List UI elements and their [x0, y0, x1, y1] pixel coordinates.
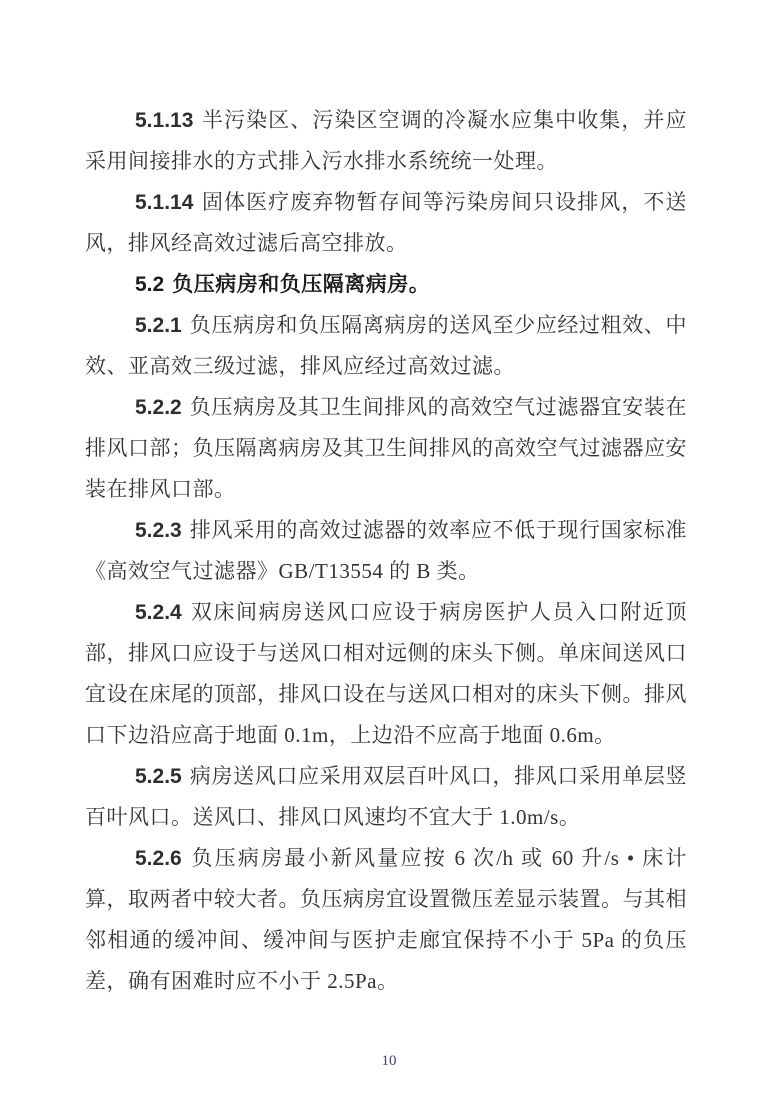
paragraph-5-2-6: 5.2.6负压病房最小新风量应按 6 次/h 或 60 升/s • 床计算，取两… [85, 838, 687, 1002]
paragraph-5-2-2: 5.2.2负压病房及其卫生间排风的高效空气过滤器宜安装在排风口部；负压隔离病房及… [85, 387, 687, 510]
section-number: 5.2.6 [135, 847, 182, 870]
section-number: 5.1.13 [135, 109, 193, 132]
paragraph-5-2-5: 5.2.5病房送风口应采用双层百叶风口，排风口采用单层竖百叶风口。送风口、排风口… [85, 756, 687, 838]
paragraph-5-1-14: 5.1.14固体医疗废弃物暂存间等污染房间只设排风，不送风，排风经高效过滤后高空… [85, 182, 687, 264]
section-number: 5.2.1 [135, 314, 182, 337]
heading-text: 负压病房和负压隔离病房。 [172, 272, 430, 296]
paragraph-5-2-1: 5.2.1负压病房和负压隔离病房的送风至少应经过粗效、中效、亚高效三级过滤，排风… [85, 305, 687, 387]
section-number: 5.2.2 [135, 396, 182, 419]
document-body: 5.1.13半污染区、污染区空调的冷凝水应集中收集，并应采用间接排水的方式排入污… [85, 100, 687, 1002]
paragraph-5-2-3: 5.2.3排风采用的高效过滤器的效率应不低于现行国家标准《高效空气过滤器》GB/… [85, 510, 687, 592]
section-number: 5.1.14 [135, 191, 193, 214]
section-number: 5.2.4 [135, 601, 182, 624]
document-page: 5.1.13半污染区、污染区空调的冷凝水应集中收集，并应采用间接排水的方式排入污… [0, 0, 778, 1110]
page-number: 10 [0, 1053, 778, 1070]
section-number: 5.2.5 [135, 765, 182, 788]
section-number: 5.2.3 [135, 519, 182, 542]
paragraph-5-1-13: 5.1.13半污染区、污染区空调的冷凝水应集中收集，并应采用间接排水的方式排入污… [85, 100, 687, 182]
section-number: 5.2 [135, 273, 164, 296]
section-heading-5-2: 5.2负压病房和负压隔离病房。 [85, 264, 687, 305]
paragraph-5-2-4: 5.2.4双床间病房送风口应设于病房医护人员入口附近顶部，排风口应设于与送风口相… [85, 592, 687, 756]
